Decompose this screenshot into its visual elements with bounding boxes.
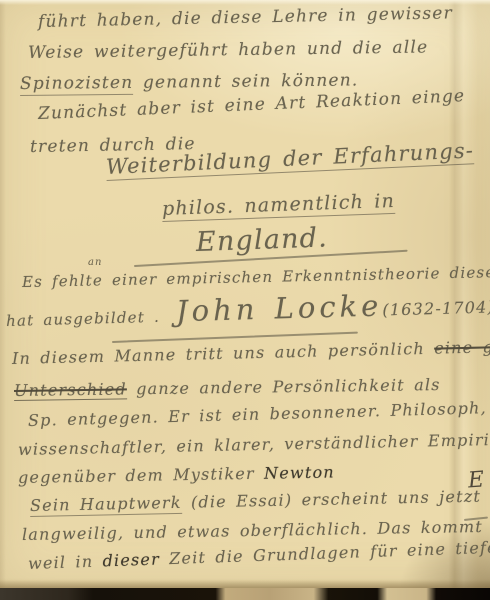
line-15-seg-1: dieser <box>102 549 160 570</box>
line-13-seg-0: Sein Hauptwerk <box>30 493 182 517</box>
page-bottom-shadow <box>0 580 490 588</box>
adjacent-page-fragment: E <box>467 467 485 493</box>
line-8-seg-1: eine grossen <box>434 336 490 358</box>
line-7-seg-1: John Locke <box>159 288 382 328</box>
line-6-seg-0: Es fehlte <box>22 271 112 291</box>
line-9-seg-0: Unterschied <box>14 379 127 401</box>
line-7-seg-2: (1632-1704) <box>382 297 490 319</box>
insertion-note: an <box>88 257 102 268</box>
line-3-seg-0: Spinozisten <box>20 73 134 96</box>
heading-3-seg-0: England. <box>195 222 328 258</box>
line-15-seg-0: weil in <box>28 551 103 573</box>
book-edge-band <box>0 588 490 600</box>
heading-3: England. <box>195 222 328 258</box>
line-3-seg-1: genannt sein können. <box>133 70 358 92</box>
manuscript-scan: führt haben, die diese Lehre in gewisser… <box>0 0 490 600</box>
line-3: Spinozisten genannt sein können. <box>20 70 359 94</box>
line-7-seg-0: hat ausgebildet . <box>6 308 160 330</box>
line-12-seg-1: Newton <box>264 462 335 482</box>
